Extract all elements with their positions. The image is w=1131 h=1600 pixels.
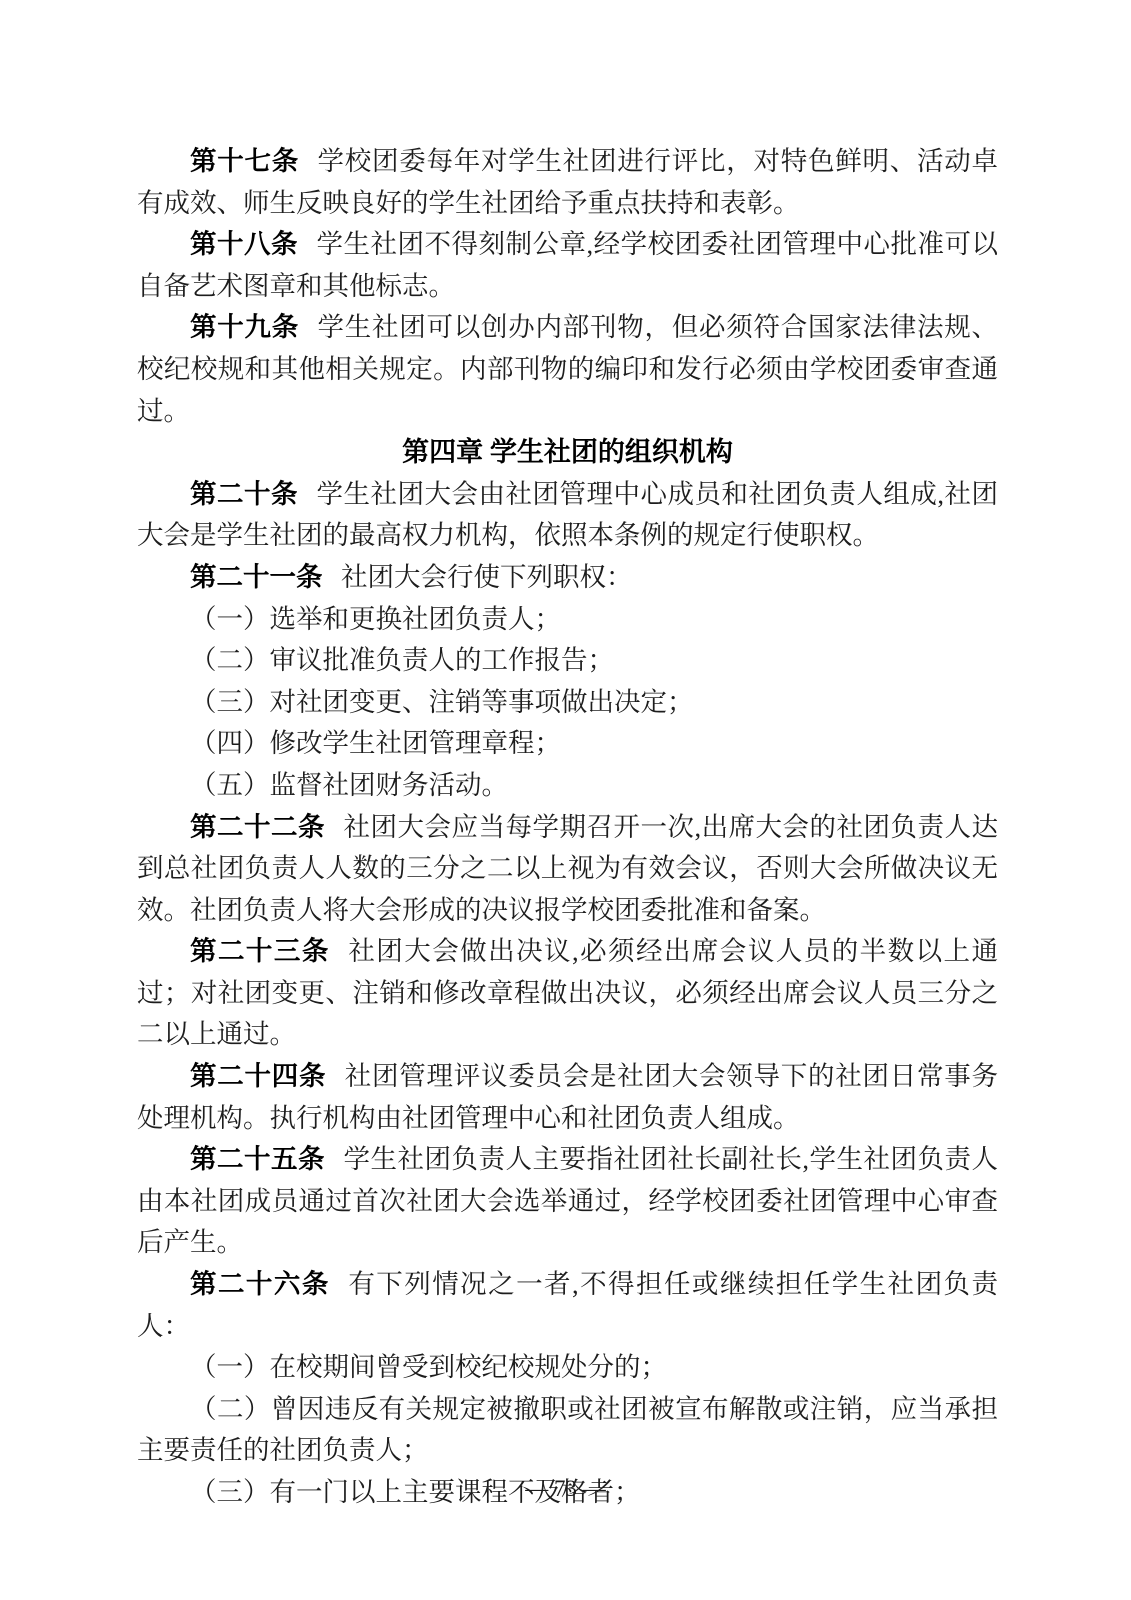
article-number: 第十九条	[190, 312, 299, 342]
article-paragraph-21: 第二十一条社团大会行使下列职权：	[137, 557, 998, 599]
list-item-4: （四）修改学生社团管理章程；	[137, 723, 998, 765]
chapter-heading: 第四章 学生社团的组织机构	[137, 432, 998, 474]
article-number: 第二十五条	[190, 1144, 325, 1174]
list-item-text: （一）在校期间曾受到校纪校规处分的；	[190, 1352, 667, 1382]
article-number: 第二十六条	[190, 1269, 330, 1299]
list-item-text: （五）监督社团财务活动。	[190, 770, 508, 800]
list-item-text: （三）对社团变更、注销等事项做出决定；	[190, 687, 694, 717]
article-paragraph-26: 第二十六条有下列情况之一者,不得担任或继续担任学生社团负责人：	[137, 1264, 998, 1347]
list-item-5: （五）监督社团财务活动。	[137, 765, 998, 807]
list-item-text: （四）修改学生社团管理章程；	[190, 728, 561, 758]
article-number: 第二十一条	[190, 562, 323, 592]
list-item-6: （一）在校期间曾受到校纪校规处分的；	[137, 1347, 998, 1389]
article-paragraph-23: 第二十三条社团大会做出决议,必须经出席会议人员的半数以上通过；对社团变更、注销和…	[137, 931, 998, 1056]
article-text: 社团大会行使下列职权：	[341, 562, 633, 592]
document-body: 第十七条学校团委每年对学生社团进行评比，对特色鲜明、活动卓有成效、师生反映良好的…	[137, 141, 998, 1514]
list-item-3: （三）对社团变更、注销等事项做出决定；	[137, 682, 998, 724]
list-item-text: （一）选举和更换社团负责人；	[190, 604, 561, 634]
list-item-2: （二）审议批准负责人的工作报告；	[137, 640, 998, 682]
article-paragraph-17: 第十七条学校团委每年对学生社团进行评比，对特色鲜明、活动卓有成效、师生反映良好的…	[137, 141, 998, 224]
list-item-text: （二）曾因违反有关规定被撤职或社团被宣布解散或注销，应当承担主要责任的社团负责人…	[137, 1394, 998, 1466]
article-number: 第二十四条	[190, 1061, 326, 1091]
page-number: — 73 —	[525, 1476, 606, 1501]
document-page: 第十七条学校团委每年对学生社团进行评比，对特色鲜明、活动卓有成效、师生反映良好的…	[0, 0, 1131, 1600]
list-item-7: （二）曾因违反有关规定被撤职或社团被宣布解散或注销，应当承担主要责任的社团负责人…	[137, 1389, 998, 1472]
article-number: 第二十三条	[190, 936, 330, 966]
article-paragraph-20: 第二十条学生社团大会由社团管理中心成员和社团负责人组成,社团大会是学生社团的最高…	[137, 474, 998, 557]
article-paragraph-25: 第二十五条学生社团负责人主要指社团社长副社长,学生社团负责人由本社团成员通过首次…	[137, 1139, 998, 1264]
article-paragraph-22: 第二十二条社团大会应当每学期召开一次,出席大会的社团负责人达到总社团负责人人数的…	[137, 807, 998, 932]
article-number: 第十八条	[190, 229, 298, 259]
article-paragraph-19: 第十九条学生社团可以创办内部刊物，但必须符合国家法律法规、校纪校规和其他相关规定…	[137, 307, 998, 432]
list-item-text: （二）审议批准负责人的工作报告；	[190, 645, 614, 675]
article-paragraph-18: 第十八条学生社团不得刻制公章,经学校团委社团管理中心批准可以自备艺术图章和其他标…	[137, 224, 998, 307]
page-footer: — 73 —	[0, 1474, 1131, 1504]
article-number: 第十七条	[190, 146, 299, 176]
list-item-1: （一）选举和更换社团负责人；	[137, 599, 998, 641]
article-number: 第二十二条	[190, 812, 325, 842]
article-paragraph-24: 第二十四条社团管理评议委员会是社团大会领导下的社团日常事务处理机构。执行机构由社…	[137, 1056, 998, 1139]
article-number: 第二十条	[190, 479, 298, 509]
